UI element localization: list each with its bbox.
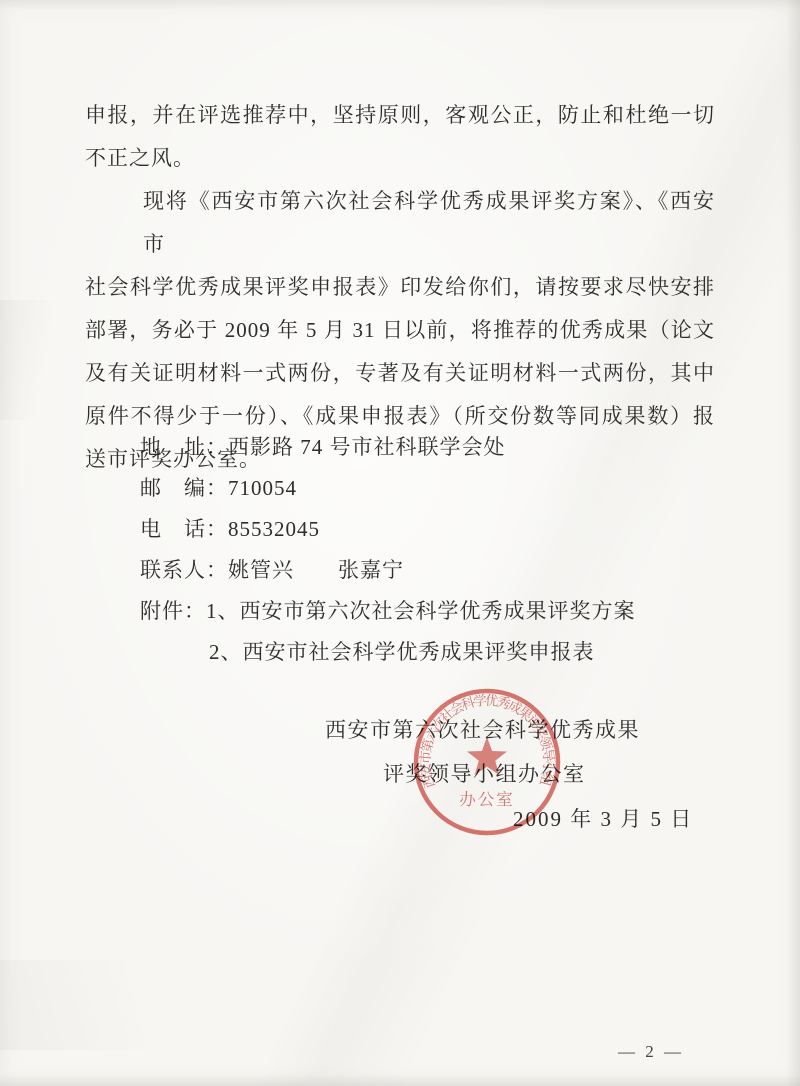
- signature-org-line-1: 西安市第六次社会科学优秀成果: [325, 717, 640, 743]
- phone-line: 电 话：85532045: [140, 509, 720, 550]
- signature-org-line-2: 评奖领导小组办公室: [383, 761, 586, 787]
- paper-crease: [0, 960, 220, 1050]
- page-number: — 2 —: [618, 1042, 684, 1062]
- body-line: 现将《西安市第六次社会科学优秀成果评奖方案》、《西安市: [85, 180, 715, 266]
- signature-date: 2009 年 3 月 5 日: [513, 806, 693, 832]
- scanned-letter-page: 申报，并在评选推荐中，坚持原则，客观公正，防止和杜绝一切 不正之风。 现将《西安…: [0, 0, 800, 1086]
- body-line: 部署，务必于 2009 年 5 月 31 日以前，将推荐的优秀成果（论文: [85, 309, 715, 352]
- letter-body: 申报，并在评选推荐中，坚持原则，客观公正，防止和杜绝一切 不正之风。 现将《西安…: [85, 94, 715, 481]
- attachment-line-1: 附件：1、西安市第六次社会科学优秀成果评奖方案: [140, 591, 720, 632]
- contact-person-line: 联系人：姚管兴 张嘉宁: [140, 550, 720, 591]
- body-line: 不正之风。: [85, 137, 715, 180]
- paper-crease: [0, 300, 60, 420]
- body-line: 社会科学优秀成果评奖申报表》印发给你们，请按要求尽快安排: [85, 266, 715, 309]
- address-line: 地 址：西影路 74 号市社科联学会处: [140, 427, 720, 468]
- contact-block: 地 址：西影路 74 号市社科联学会处 邮 编：710054 电 话：85532…: [140, 427, 720, 673]
- postcode-line: 邮 编：710054: [140, 468, 720, 509]
- body-line: 申报，并在评选推荐中，坚持原则，客观公正，防止和杜绝一切: [85, 94, 715, 137]
- seal-bottom-text: 办公室: [459, 790, 515, 809]
- body-line: 及有关证明材料一式两份，专著及有关证明材料一式两份，其中: [85, 352, 715, 395]
- attachment-line-2: 2、西安市社会科学优秀成果评奖申报表: [140, 632, 720, 673]
